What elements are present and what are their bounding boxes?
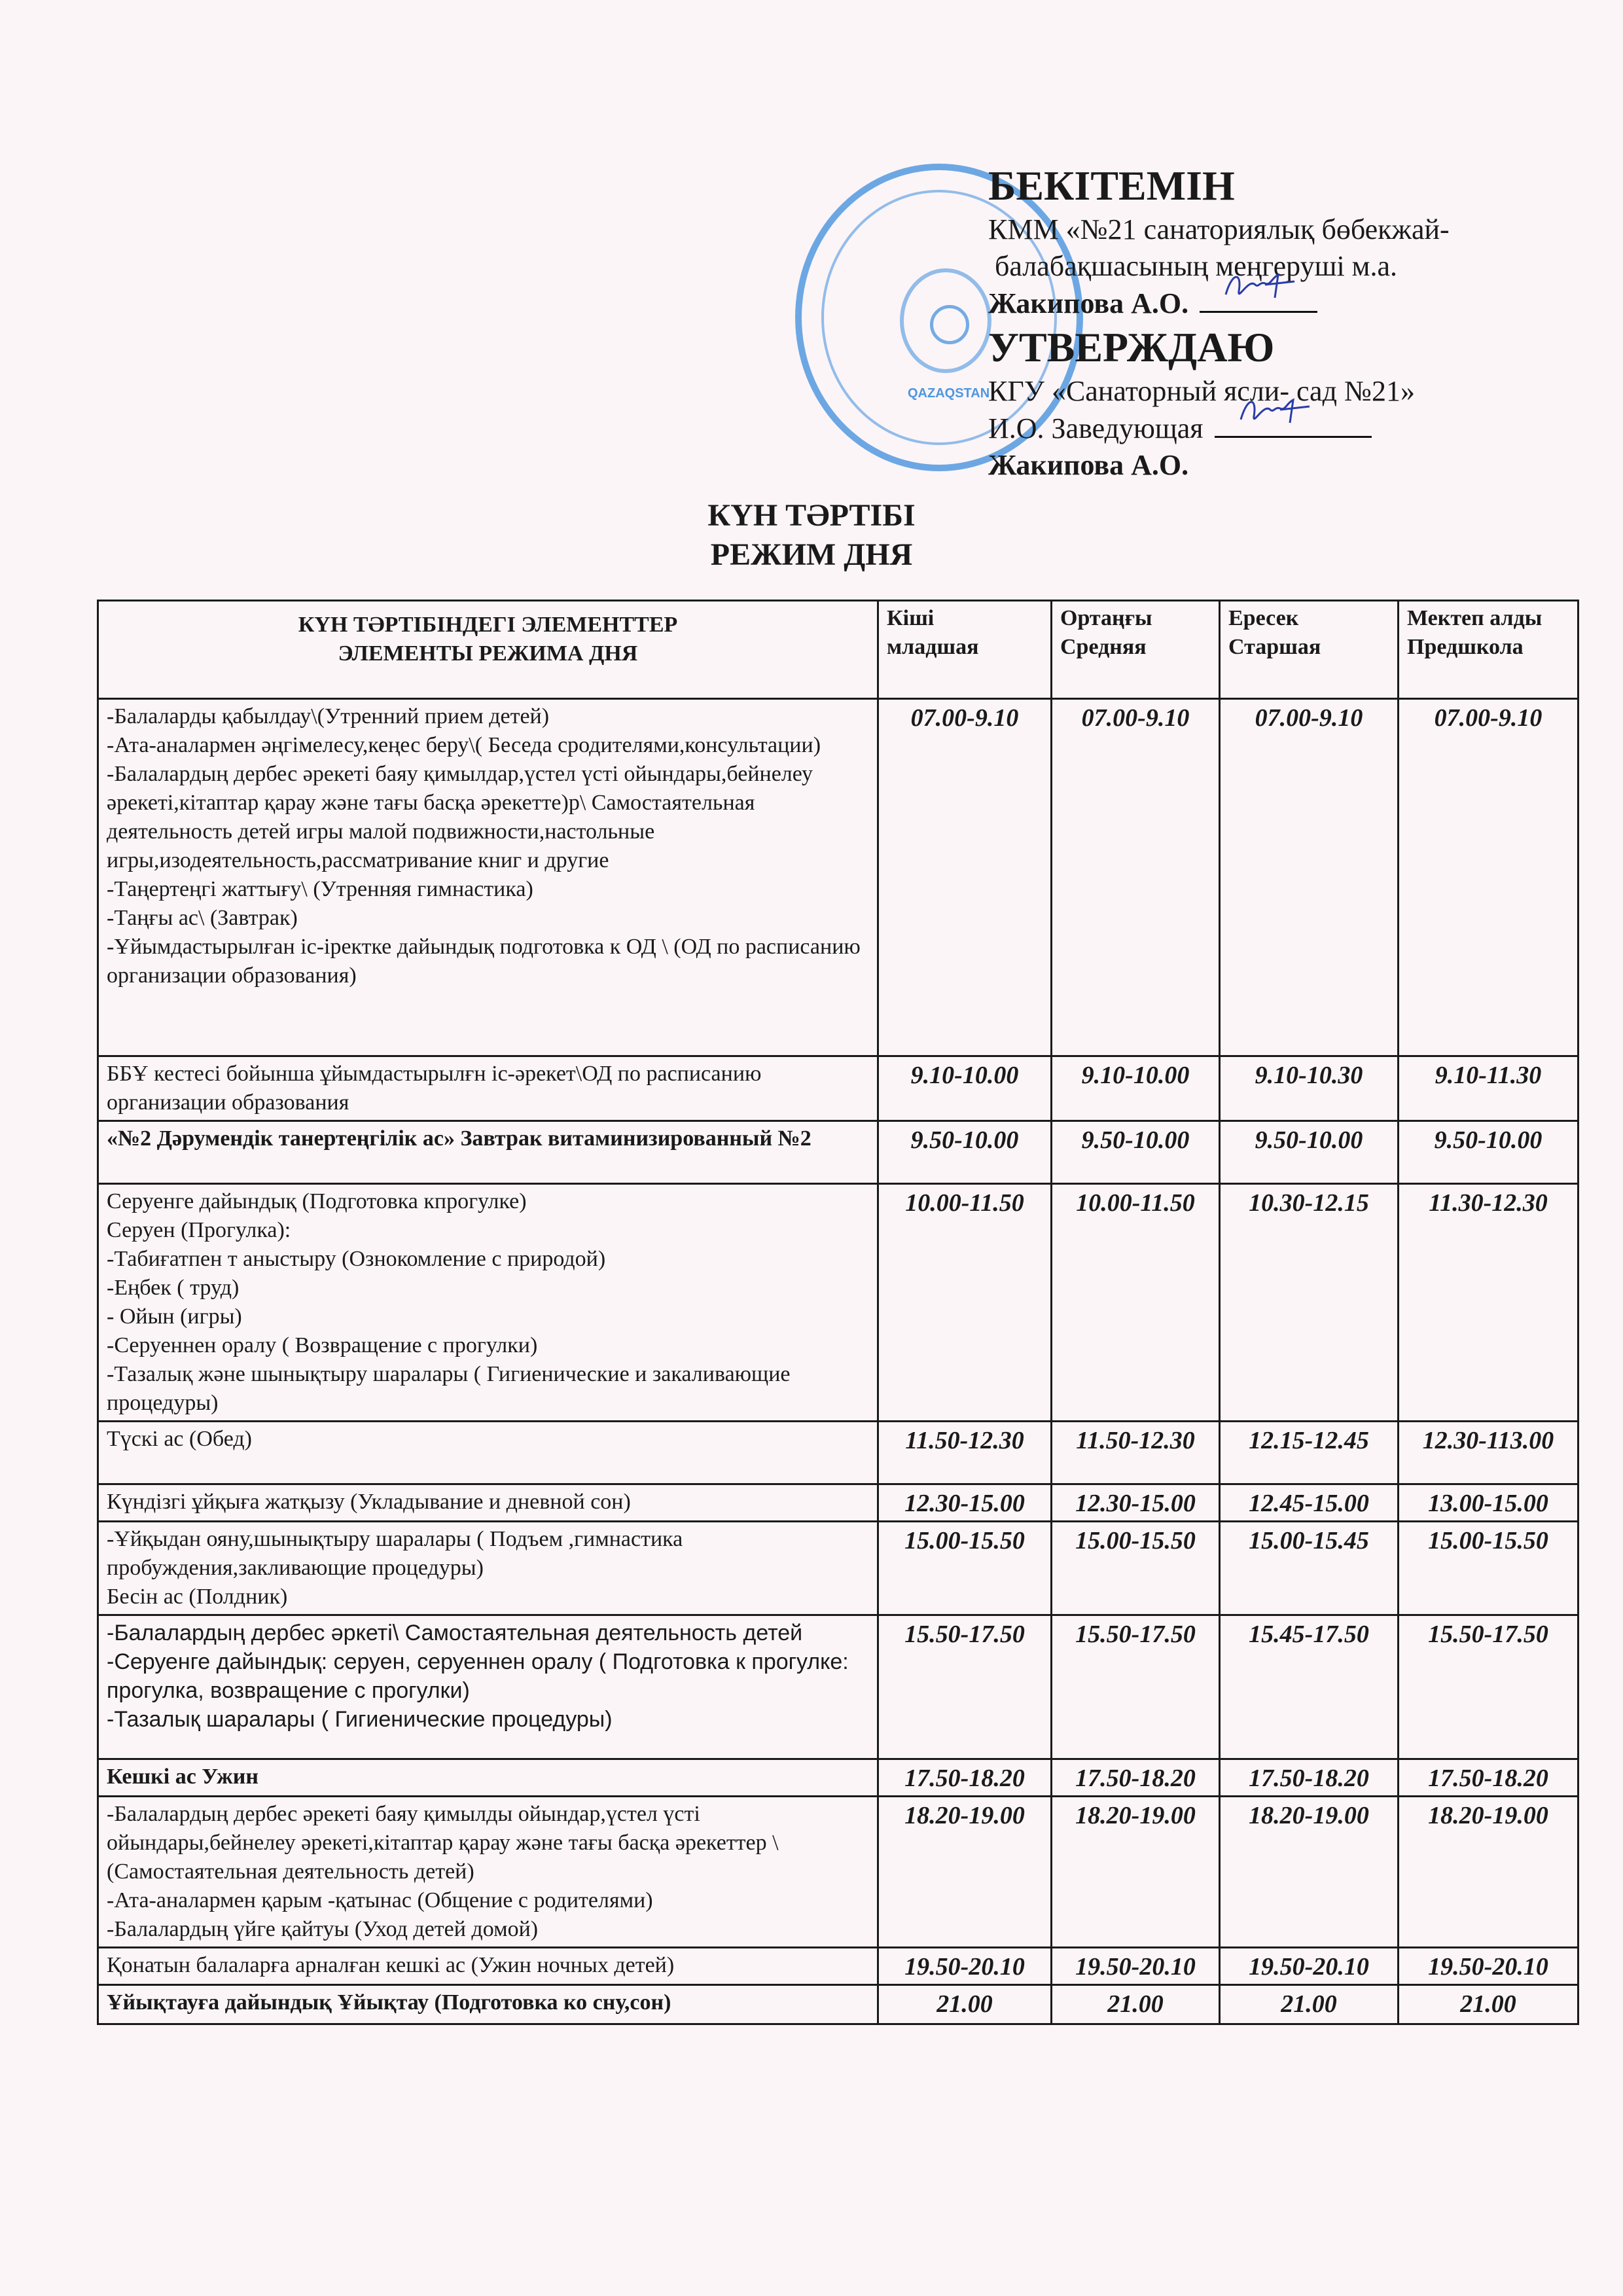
time-middle: 21.00: [1052, 1985, 1220, 2024]
activity-cell: Күндізгі ұйқыға жатқызу (Укладывание и д…: [98, 1484, 878, 1522]
activity-line: -Ұйымдастырылған іс-іректке дайындық под…: [107, 933, 869, 990]
activity-line: -Балаларды қабылдау\(Утренний прием дете…: [107, 702, 869, 731]
activity-line: Серуенге дайындық (Подготовка кпрогулке): [107, 1187, 869, 1216]
approval-heading-kz: БЕКІТЕМІН: [988, 160, 1616, 211]
time-junior: 18.20-19.00: [878, 1797, 1052, 1948]
time-junior: 15.00-15.50: [878, 1522, 1052, 1615]
activity-line: -Ұйқыдан ояну,шынықтыру шаралары ( Подъе…: [107, 1525, 869, 1583]
time-senior: 18.20-19.00: [1220, 1797, 1399, 1948]
signature-line: [1200, 285, 1317, 313]
time-middle: 9.10-10.00: [1052, 1056, 1220, 1121]
time-middle: 17.50-18.20: [1052, 1759, 1220, 1797]
time-preschool: 21.00: [1399, 1985, 1578, 2024]
time-preschool: 13.00-15.00: [1399, 1484, 1578, 1522]
time-senior: 10.30-12.15: [1220, 1184, 1399, 1422]
activity-line: -Тазалық шаралары ( Гигиенические процед…: [107, 1705, 869, 1734]
activity-line: ББҰ кестесі бойынша ұйымдастырылғн іс-әр…: [107, 1060, 869, 1117]
activity-line: -Табиғатпен т аныстыру (Ознокомление с п…: [107, 1245, 869, 1274]
time-senior: 12.45-15.00: [1220, 1484, 1399, 1522]
table-row: Серуенге дайындық (Подготовка кпрогулке)…: [98, 1184, 1578, 1422]
activity-line: -Балалардың дербес әркеті\ Самостаятельн…: [107, 1619, 869, 1647]
time-middle: 07.00-9.10: [1052, 699, 1220, 1056]
table-row: Күндізгі ұйқыға жатқызу (Укладывание и д…: [98, 1484, 1578, 1522]
activity-line: -Балалардың дербес әрекеті баяу қимылдар…: [107, 760, 869, 846]
activity-cell: Кешкі ас Ужин: [98, 1759, 878, 1797]
column-header-preschool: Мектеп алды Предшкола: [1399, 601, 1578, 699]
table-row: -Балалардың дербес әркеті\ Самостаятельн…: [98, 1615, 1578, 1759]
table-row: -Балалардың дербес әрекеті баяу қимылды …: [98, 1797, 1578, 1948]
time-senior: 15.45-17.50: [1220, 1615, 1399, 1759]
activity-cell: «№2 Дәрумендік танертеңгілік ас» Завтрак…: [98, 1121, 878, 1184]
signature-line: [1215, 410, 1372, 438]
activity-line: -Серуенге дайындық: серуен, серуеннен ор…: [107, 1647, 869, 1705]
time-junior: 9.50-10.00: [878, 1121, 1052, 1184]
approval-position-ru: И.О. Заведующая: [988, 410, 1616, 447]
time-middle: 9.50-10.00: [1052, 1121, 1220, 1184]
activity-line: Түскі ас (Обед): [107, 1425, 869, 1454]
activity-cell: Ұйықтауға дайындық Ұйықтау (Подготовка к…: [98, 1985, 878, 2024]
time-preschool: 12.30-113.00: [1399, 1422, 1578, 1484]
table-row: Қонатын балаларға арналған кешкі ас (Ужи…: [98, 1948, 1578, 1985]
activity-line: -Таңертеңгі жаттығу\ (Утренняя гимнастик…: [107, 875, 869, 904]
time-senior: 07.00-9.10: [1220, 699, 1399, 1056]
activity-line: игры,изодеятельность,рассматривание книг…: [107, 846, 869, 875]
activity-cell: ББҰ кестесі бойынша ұйымдастырылғн іс-әр…: [98, 1056, 878, 1121]
activity-line: -Серуеннен оралу ( Возвращение с прогулк…: [107, 1331, 869, 1360]
approval-org-kz-line1: КММ «№21 санаториялық бөбекжай-: [988, 211, 1616, 248]
activity-line: Күндізгі ұйқыға жатқызу (Укладывание и д…: [107, 1488, 869, 1516]
activity-line: Қонатын балаларға арналған кешкі ас (Ужи…: [107, 1951, 869, 1980]
signature-icon: [1234, 390, 1313, 429]
column-header-elements: КҮН ТӘРТІБІНДЕГІ ЭЛЕМЕНТТЕР ЭЛЕМЕНТЫ РЕЖ…: [98, 601, 878, 699]
time-senior: 19.50-20.10: [1220, 1948, 1399, 1985]
time-preschool: 11.30-12.30: [1399, 1184, 1578, 1422]
activity-line: -Ата-аналармен қарым -қатынас (Общение с…: [107, 1886, 869, 1915]
time-junior: 21.00: [878, 1985, 1052, 2024]
signer-name-ru: Жакипова А.О.: [988, 447, 1616, 484]
activity-cell: Түскі ас (Обед): [98, 1422, 878, 1484]
time-senior: 21.00: [1220, 1985, 1399, 2024]
time-middle: 12.30-15.00: [1052, 1484, 1220, 1522]
activity-line: - Ойын (игры): [107, 1302, 869, 1331]
activity-line: Бесін ас (Полдник): [107, 1583, 869, 1611]
activity-cell: -Балаларды қабылдау\(Утренний прием дете…: [98, 699, 878, 1056]
time-junior: 10.00-11.50: [878, 1184, 1052, 1422]
schedule-table: КҮН ТӘРТІБІНДЕГІ ЭЛЕМЕНТТЕР ЭЛЕМЕНТЫ РЕЖ…: [97, 600, 1579, 2025]
signer-name-kz: Жакипова А.О.: [988, 287, 1188, 319]
time-junior: 15.50-17.50: [878, 1615, 1052, 1759]
time-middle: 11.50-12.30: [1052, 1422, 1220, 1484]
table-row: Ұйықтауға дайындық Ұйықтау (Подготовка к…: [98, 1985, 1578, 2024]
time-preschool: 07.00-9.10: [1399, 699, 1578, 1056]
page-title-ru: РЕЖИМ ДНЯ: [0, 535, 1623, 575]
time-junior: 17.50-18.20: [878, 1759, 1052, 1797]
time-senior: 9.50-10.00: [1220, 1121, 1399, 1184]
activity-line: -Тазалық және шынықтыру шаралары ( Гигие…: [107, 1360, 869, 1418]
time-junior: 9.10-10.00: [878, 1056, 1052, 1121]
activity-line: Кешкі ас Ужин: [107, 1763, 869, 1791]
time-senior: 9.10-10.30: [1220, 1056, 1399, 1121]
stamp-label: QAZAQSTAN: [908, 386, 990, 401]
column-header-senior: Ересек Старшая: [1220, 601, 1399, 699]
table-row: «№2 Дәрумендік танертеңгілік ас» Завтрак…: [98, 1121, 1578, 1184]
time-preschool: 17.50-18.20: [1399, 1759, 1578, 1797]
signature-icon: [1219, 265, 1298, 304]
column-header-middle: Ортаңғы Средняя: [1052, 601, 1220, 699]
activity-line: -Балалардың үйге қайтуы (Уход детей домо…: [107, 1915, 869, 1944]
time-middle: 19.50-20.10: [1052, 1948, 1220, 1985]
time-preschool: 19.50-20.10: [1399, 1948, 1578, 1985]
time-senior: 12.15-12.45: [1220, 1422, 1399, 1484]
table-row: -Ұйқыдан ояну,шынықтыру шаралары ( Подъе…: [98, 1522, 1578, 1615]
position-ru: И.О. Заведующая: [988, 412, 1204, 444]
activity-cell: -Ұйқыдан ояну,шынықтыру шаралары ( Подъе…: [98, 1522, 878, 1615]
time-middle: 15.50-17.50: [1052, 1615, 1220, 1759]
time-preschool: 15.00-15.50: [1399, 1522, 1578, 1615]
time-junior: 12.30-15.00: [878, 1484, 1052, 1522]
activity-cell: -Балалардың дербес әрекеті баяу қимылды …: [98, 1797, 878, 1948]
approval-org-kz-line2: балабақшасының меңгеруші м.а.: [988, 248, 1616, 285]
time-preschool: 9.10-11.30: [1399, 1056, 1578, 1121]
time-junior: 11.50-12.30: [878, 1422, 1052, 1484]
activity-line: Серуен (Прогулка):: [107, 1216, 869, 1245]
activity-line: -Таңғы ас\ (Завтрак): [107, 904, 869, 933]
activity-line: -Еңбек ( труд): [107, 1274, 869, 1302]
activity-cell: Қонатын балаларға арналған кешкі ас (Ужи…: [98, 1948, 878, 1985]
time-junior: 19.50-20.10: [878, 1948, 1052, 1985]
activity-line: -Балалардың дербес әрекеті баяу қимылды …: [107, 1800, 869, 1886]
time-preschool: 15.50-17.50: [1399, 1615, 1578, 1759]
time-junior: 07.00-9.10: [878, 699, 1052, 1056]
table-header-row: КҮН ТӘРТІБІНДЕГІ ЭЛЕМЕНТТЕР ЭЛЕМЕНТЫ РЕЖ…: [98, 601, 1578, 699]
page-title-kz: КҮН ТӘРТІБІ: [0, 496, 1623, 535]
table-row: Кешкі ас Ужин17.50-18.2017.50-18.2017.50…: [98, 1759, 1578, 1797]
activity-line: -Ата-аналармен әңгімелесу,кеңес беру\( Б…: [107, 731, 869, 760]
time-middle: 15.00-15.50: [1052, 1522, 1220, 1615]
time-middle: 10.00-11.50: [1052, 1184, 1220, 1422]
activity-line: Ұйықтауға дайындық Ұйықтау (Подготовка к…: [107, 1988, 869, 2017]
activity-line: «№2 Дәрумендік танертеңгілік ас» Завтрак…: [107, 1124, 869, 1153]
time-preschool: 9.50-10.00: [1399, 1121, 1578, 1184]
state-emblem-icon: [900, 268, 991, 373]
time-senior: 15.00-15.45: [1220, 1522, 1399, 1615]
time-middle: 18.20-19.00: [1052, 1797, 1220, 1948]
approval-heading-ru: УТВЕРЖДАЮ: [988, 322, 1616, 373]
column-header-junior: Кіші младшая: [878, 601, 1052, 699]
approval-signer-kz: Жакипова А.О.: [988, 285, 1616, 322]
time-preschool: 18.20-19.00: [1399, 1797, 1578, 1948]
activity-cell: Серуенге дайындық (Подготовка кпрогулке)…: [98, 1184, 878, 1422]
table-row: Түскі ас (Обед)11.50-12.3011.50-12.3012.…: [98, 1422, 1578, 1484]
approval-block: БЕКІТЕМІН КММ «№21 санаториялық бөбекжай…: [988, 160, 1616, 484]
time-senior: 17.50-18.20: [1220, 1759, 1399, 1797]
table-row: -Балаларды қабылдау\(Утренний прием дете…: [98, 699, 1578, 1056]
table-row: ББҰ кестесі бойынша ұйымдастырылғн іс-әр…: [98, 1056, 1578, 1121]
activity-cell: -Балалардың дербес әркеті\ Самостаятельн…: [98, 1615, 878, 1759]
